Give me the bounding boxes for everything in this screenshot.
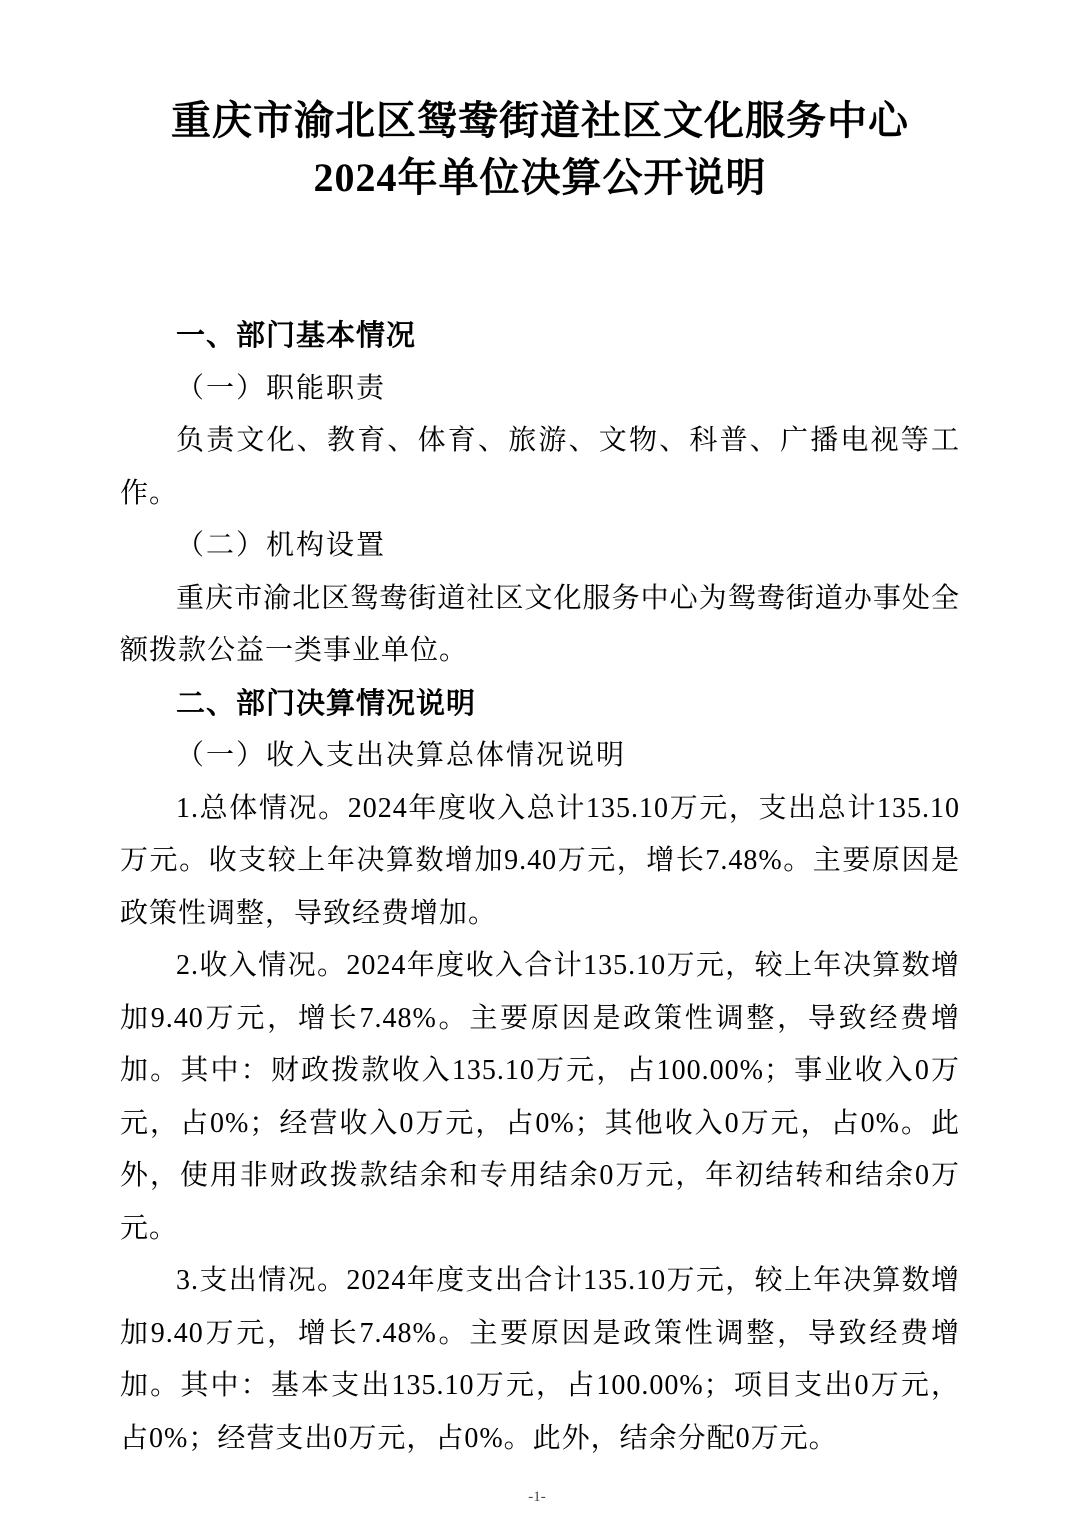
page-number: -1- [528, 1489, 546, 1505]
paragraph-duties: 负责文化、教育、体育、旅游、文物、科普、广播电视等工作。 [120, 415, 960, 520]
document-title-line1: 重庆市渝北区鸳鸯街道社区文化服务中心 [171, 98, 909, 143]
document-body: 一、部门基本情况 （一）职能职责 负责文化、教育、体育、旅游、文物、科普、广播电… [120, 310, 960, 1465]
subsection-heading-overall-income-expenditure: （一）收入支出决算总体情况说明 [120, 730, 960, 783]
document-page: 重庆市渝北区鸳鸯街道社区文化服务中心 2024年单位决算公开说明 一、部门基本情… [0, 0, 1074, 1520]
document-title: 重庆市渝北区鸳鸯街道社区文化服务中心 2024年单位决算公开说明 [120, 92, 960, 206]
subsection-heading-organization: （二）机构设置 [120, 520, 960, 573]
document-content: 重庆市渝北区鸳鸯街道社区文化服务中心 2024年单位决算公开说明 一、部门基本情… [0, 0, 1074, 1465]
paragraph-income-situation: 2.收入情况。2024年度收入合计135.10万元，较上年决算数增加9.40万元… [120, 940, 960, 1255]
document-title-line2: 2024年单位决算公开说明 [314, 155, 767, 200]
page-footer: -1- [0, 1489, 1074, 1506]
section-heading-final-accounts: 二、部门决算情况说明 [120, 678, 960, 731]
subsection-heading-duties: （一）职能职责 [120, 363, 960, 416]
paragraph-expenditure-situation: 3.支出情况。2024年度支出合计135.10万元，较上年决算数增加9.40万元… [120, 1255, 960, 1465]
paragraph-organization: 重庆市渝北区鸳鸯街道社区文化服务中心为鸳鸯街道办事处全额拨款公益一类事业单位。 [120, 573, 960, 678]
section-heading-basic-info: 一、部门基本情况 [120, 310, 960, 363]
paragraph-overall-situation: 1.总体情况。2024年度收入总计135.10万元，支出总计135.10万元。收… [120, 783, 960, 941]
